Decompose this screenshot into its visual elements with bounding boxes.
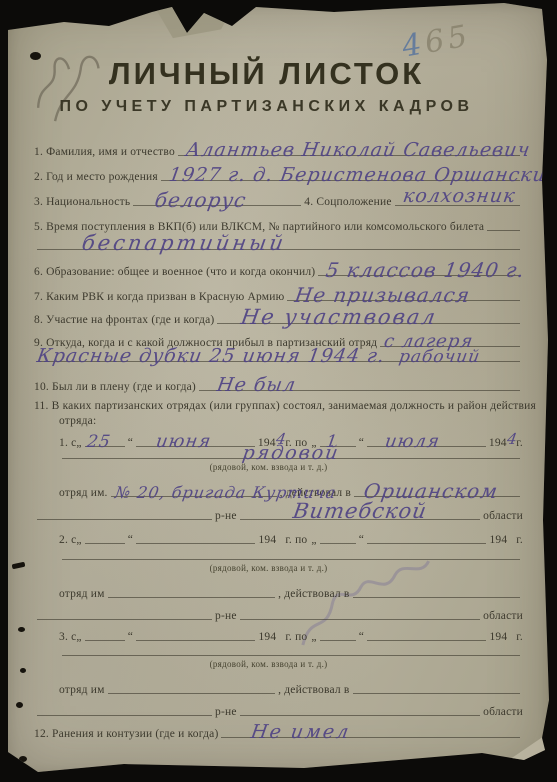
year-suffix: г. — [516, 534, 523, 547]
hand-from-day: 25 — [85, 434, 111, 451]
position-caption: (рядовой, ком. взвода и т. д.) — [64, 462, 473, 472]
handwritten-education: 5 классов 1940 г. — [325, 260, 527, 280]
torn-paper-flap — [154, 2, 240, 40]
document-page: 465 ЛИЧНЫЙ ЛИСТОК ПО УЧЕТУ ПАРТИЗАНСКИХ … — [4, 0, 553, 778]
position-caption: (рядовой, ком. взвода и т. д.) — [64, 659, 473, 669]
quote-open: „ — [76, 534, 81, 547]
quote-close: “ — [359, 534, 364, 547]
month-line: июня — [136, 445, 255, 447]
fill-line: 5 классов 1940 г. — [318, 274, 520, 276]
year-prefix: 194 — [489, 631, 507, 644]
acted-line: Оршанском — [354, 495, 520, 497]
acted-line — [353, 692, 521, 694]
region-line — [240, 714, 481, 716]
field-fronts: 8. Участие на фронтах (где и когда) Не у… — [34, 314, 523, 327]
handwritten-fronts: Не участвовал — [240, 307, 439, 328]
quote-close: “ — [359, 631, 364, 644]
fill-line: Не участвовал — [217, 322, 520, 324]
day-line: 25 — [85, 445, 125, 447]
handwritten-social: колхозник — [401, 187, 517, 206]
quote-open: „ — [311, 534, 316, 547]
field-wounds: 12. Ранения и контузии (где и когда) Не … — [34, 728, 523, 741]
field-units-header: 11. В каких партизанских отрядах (или гр… — [34, 400, 523, 413]
quote-close: “ — [128, 534, 133, 547]
unit-label: отряд им. — [59, 487, 108, 500]
edge-speck — [18, 627, 25, 632]
district-label: р-не — [215, 610, 237, 623]
service-row-region: р-не области — [34, 706, 523, 719]
hand-from-month: июня — [155, 433, 213, 451]
field-label: 4. Соцположение — [304, 196, 391, 209]
field-label: отряда: — [59, 415, 96, 428]
row-number: 3. с — [59, 631, 76, 644]
field-captivity: 10. Был ли в плену (где и когда) Не был — [34, 381, 523, 394]
field-label: 8. Участие на фронтах (где и когда) — [34, 314, 214, 327]
edge-speck — [16, 702, 23, 708]
field-surname: 1. Фамилия, имя и отчество Алантьев Нико… — [34, 146, 523, 159]
service-row-unit: отряд им. № 20, бригада Куртича , действ… — [59, 487, 523, 500]
position-line — [62, 558, 520, 560]
field-party-answer: беспартийный — [34, 248, 523, 253]
oblast-label: области — [483, 706, 523, 719]
fill-line: беспартийный — [37, 248, 520, 250]
service-row-dates: 3. с „ “ 194 г. по „ “ 194 г. — [59, 631, 523, 644]
corner-number-pencil: 65 — [422, 18, 474, 60]
quote-close: “ — [128, 437, 133, 450]
service-row-dates: 2. с „ “ 194 г. по „ “ 194 г. — [59, 534, 523, 547]
edge-tear — [12, 562, 26, 570]
quote-open: „ — [76, 631, 81, 644]
fill-line — [487, 229, 520, 231]
fill-line: Красные дубки 25 июня 1944 г. рабочий — [37, 360, 520, 362]
field-label: 11. В каких партизанских отрядах (или гр… — [34, 400, 536, 413]
blank-line — [37, 518, 212, 520]
field-units-header-2: отряда: — [59, 415, 523, 428]
year-prefix: 194 — [258, 631, 276, 644]
handwritten-arrival-2: Красные дубки 25 июня 1944 г. — [35, 347, 386, 366]
document-subtitle: ПО УЧЕТУ ПАРТИЗАНСКИХ КАДРОВ — [4, 98, 529, 116]
service-row-unit: отряд им , действовал в — [59, 588, 523, 601]
fill-line: колхозник — [395, 204, 520, 206]
fill-line: Не был — [199, 389, 520, 391]
month-line — [136, 542, 255, 544]
day-line — [85, 639, 125, 641]
handwritten-name: Алантьев Николай Савельевич — [184, 141, 531, 160]
field-label: 10. Был ли в плену (где и когда) — [34, 381, 196, 394]
blank-line — [37, 714, 212, 716]
acted-label: , действовал в — [278, 588, 349, 601]
to-label: г. по — [285, 534, 307, 547]
month-line — [136, 639, 255, 641]
handwritten-party: беспартийный — [80, 233, 287, 254]
district-label: р-не — [215, 510, 237, 523]
unit-line — [108, 692, 276, 694]
fill-line: Не имел — [221, 736, 520, 738]
unit-label: отряд им — [59, 684, 105, 697]
handwritten-nationality: белорус — [154, 190, 249, 210]
year-prefix: 194 — [489, 437, 507, 450]
fill-line: 1927 г. д. Беристенова Оршанский р-н — [161, 179, 520, 181]
service-row-unit: отряд им , действовал в — [59, 684, 523, 697]
field-label: 3. Национальность — [34, 196, 130, 209]
field-label: 7. Каким РВК и когда призван в Красную А… — [34, 291, 284, 304]
handwritten-draft: Не призывался — [294, 285, 472, 305]
quote-close: “ — [359, 437, 364, 450]
region-line — [240, 618, 481, 620]
district-label: р-не — [215, 706, 237, 719]
document-title: ЛИЧНЫЙ ЛИСТОК — [4, 56, 529, 92]
region-line: Витебской — [240, 518, 481, 520]
month-line — [367, 542, 486, 544]
fill-line: белорус — [133, 204, 301, 206]
field-birth: 2. Год и место рождения 1927 г. д. Берис… — [34, 171, 523, 184]
fill-line: Алантьев Николай Савельевич — [178, 154, 520, 156]
quote-open: „ — [76, 437, 81, 450]
field-draft: 7. Каким РВК и когда призван в Красную А… — [34, 291, 523, 304]
hand-to-year: 4 — [506, 430, 518, 448]
service-row-region: р-не области — [34, 610, 523, 623]
acted-label: , действовал в — [278, 684, 349, 697]
handwritten-wounds: Не имел — [250, 723, 352, 742]
field-label: 6. Образование: общее и военное (что и к… — [34, 266, 315, 279]
handwritten-arrival-3: рабочий — [398, 349, 482, 366]
day-line — [85, 542, 125, 544]
position-line — [62, 654, 520, 656]
year-prefix: 194 — [258, 534, 276, 547]
hand-region: Витебской — [291, 501, 428, 522]
month-line: июля — [367, 445, 486, 447]
edge-speck — [20, 668, 26, 673]
edge-speck — [19, 756, 27, 762]
position-line: рядовой — [62, 457, 520, 459]
row-number: 1. с — [59, 437, 76, 450]
hand-position: рядовой — [241, 444, 341, 463]
year-prefix: 194 — [489, 534, 507, 547]
month-line — [367, 639, 486, 641]
oblast-label: области — [483, 510, 523, 523]
oblast-label: области — [483, 610, 523, 623]
blank-line — [37, 618, 212, 620]
field-education: 6. Образование: общее и военное (что и к… — [34, 266, 523, 279]
field-label: 2. Год и место рождения — [34, 171, 158, 184]
scanned-archive-page: { "page": { "title": "ЛИЧНЫЙ ЛИСТОК", "s… — [0, 0, 557, 782]
field-nationality-social: 3. Национальность белорус 4. Соцположени… — [34, 196, 523, 209]
quote-open: „ — [311, 631, 316, 644]
day-line — [320, 542, 356, 544]
quote-close: “ — [128, 631, 133, 644]
service-row-region: р-не Витебской области — [34, 510, 523, 523]
handwritten-captivity: Не был — [215, 376, 297, 395]
fill-line: Не призывался — [287, 299, 520, 301]
to-label: г. по — [285, 631, 307, 644]
year-suffix: г. — [516, 631, 523, 644]
unit-label: отряд им — [59, 588, 105, 601]
row-number: 2. с — [59, 534, 76, 547]
acted-line — [353, 596, 521, 598]
position-caption: (рядовой, ком. взвода и т. д.) — [64, 563, 473, 573]
handwritten-birth: 1927 г. д. Беристенова Оршанский р-н — [167, 166, 557, 185]
field-arrival-line2: Красные дубки 25 июня 1944 г. рабочий — [34, 360, 523, 365]
field-label: 1. Фамилия, имя и отчество — [34, 146, 175, 159]
field-label: 12. Ранения и контузии (где и когда) — [34, 728, 218, 741]
hand-to-month: июля — [384, 433, 442, 451]
unit-line — [108, 596, 276, 598]
unit-line: № 20, бригада Куртича — [111, 495, 277, 497]
day-line — [320, 639, 356, 641]
